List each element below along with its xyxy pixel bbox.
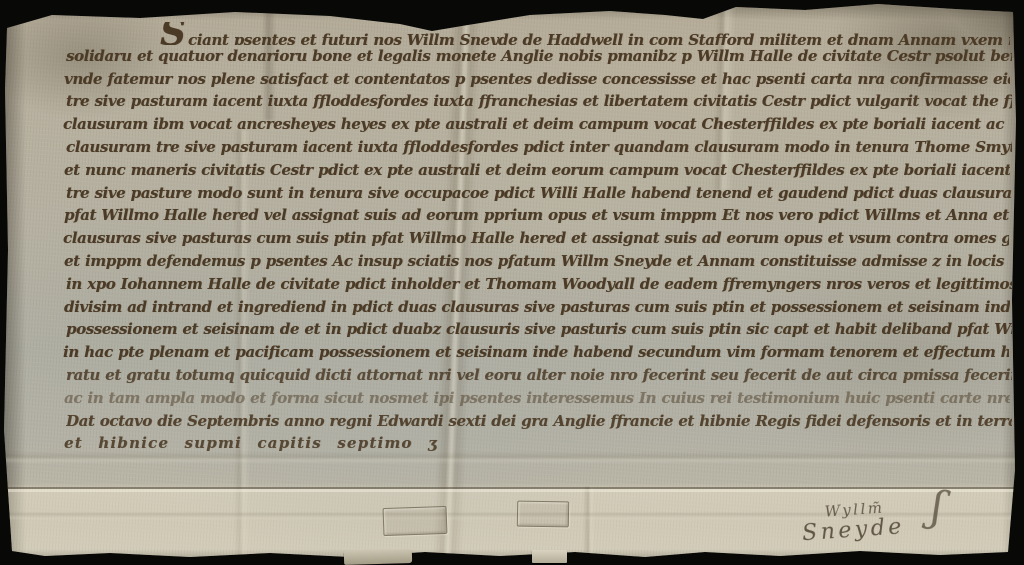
seal-tag xyxy=(344,549,412,565)
manuscript-line: in hac pte plenam et pacificam possessio… xyxy=(63,341,1009,364)
seal-tag xyxy=(532,550,567,563)
manuscript-line: et imppm defendemus p psentes Ac insup s… xyxy=(64,250,1010,273)
seal-slit xyxy=(383,506,448,536)
manuscript-text: Sciant psentes et futuri nos Willm Sneyd… xyxy=(64,22,1010,462)
manuscript-line: Dat octavo die Septembris anno regni Edw… xyxy=(66,410,1012,433)
manuscript-line: et nunc maneris civitatis Cestr pdict ex… xyxy=(64,159,1010,182)
manuscript-line: clausuram ibm vocat ancresheyes heyes ex… xyxy=(63,113,1009,136)
manuscript-line: tre sive pasture modo sunt in tenura siv… xyxy=(66,182,1012,205)
photo-background: Sciant psentes et futuri nos Willm Sneyd… xyxy=(0,0,1024,565)
manuscript-line: divisim ad intrand et ingrediend in pdic… xyxy=(64,296,1010,319)
manuscript-line: pfat Willmo Halle hered vel assignat sui… xyxy=(64,204,1010,227)
manuscript-line: ac in tam ampla modo et forma sicut nosm… xyxy=(64,387,1010,410)
manuscript-line: Sciant psentes et futuri nos Willm Sneyd… xyxy=(64,22,1010,45)
manuscript-line: et hibnice supmi capitis septimo ʒ xyxy=(64,432,1010,455)
signature-block: Wyllm̃ Sneyde ʃ xyxy=(800,492,984,564)
manuscript-line: clausuras sive pasturas cum suis ptin pf… xyxy=(63,227,1009,250)
manuscript-line: tre sive pasturam iacent iuxta ffloddesf… xyxy=(66,90,1012,113)
manuscript-line: clausuram tre sive pasturam iacent iuxta… xyxy=(66,136,1012,159)
manuscript-line: possessionem et seisinam de et in pdict … xyxy=(66,318,1012,341)
manuscript-line: solidaru et quatuor denarioru bone et le… xyxy=(66,45,1012,68)
parchment-deed: Sciant psentes et futuri nos Willm Sneyd… xyxy=(0,0,1024,565)
manuscript-line: ratu et gratu totumq quicquid dicti atto… xyxy=(66,364,1012,387)
manuscript-line: vnde fatemur nos plene satisfact et cont… xyxy=(64,68,1010,91)
seal-slit xyxy=(517,501,569,528)
manuscript-line: in xpo Iohannem Halle de civitate pdict … xyxy=(66,273,1012,296)
